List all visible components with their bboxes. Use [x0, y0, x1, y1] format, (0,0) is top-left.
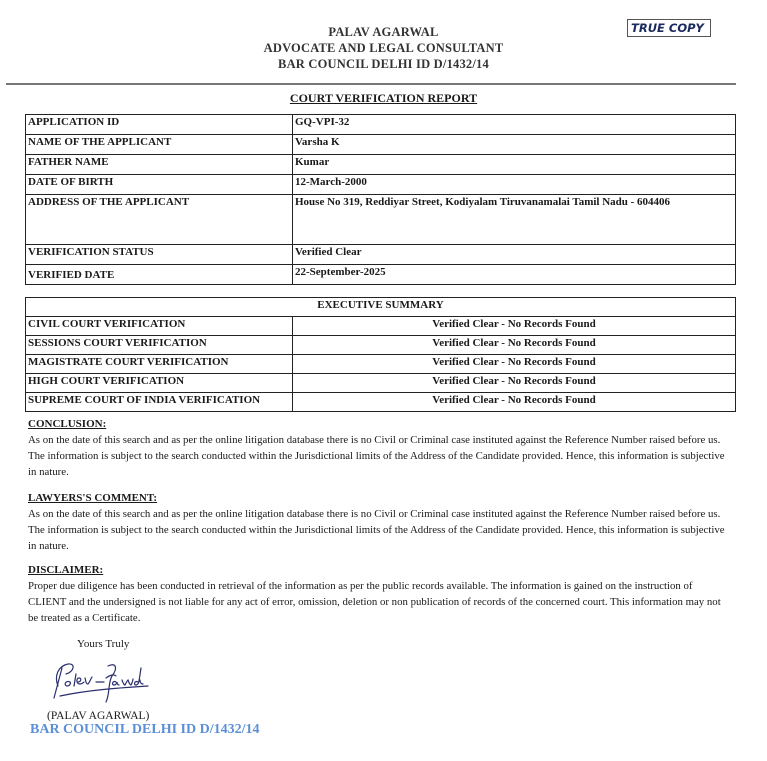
- applicant-details-table: APPLICATION IDGQ-VPI-32 NAME OF THE APPL…: [25, 114, 736, 285]
- row-label: DATE OF BIRTH: [26, 175, 293, 195]
- executive-summary-table: EXECUTIVE SUMMARY CIVIL COURT VERIFICATI…: [25, 297, 736, 412]
- row-label: SESSIONS COURT VERIFICATION: [26, 336, 293, 355]
- disclaimer-heading: DISCLAIMER:: [28, 562, 728, 578]
- signatory-name: (PALAV AGARWAL): [47, 710, 149, 722]
- conclusion-section: CONCLUSION: As on the date of this searc…: [28, 416, 728, 480]
- row-label: ADDRESS OF THE APPLICANT: [26, 195, 293, 245]
- table-header-row: EXECUTIVE SUMMARY: [26, 298, 736, 317]
- row-label: MAGISTRATE COURT VERIFICATION: [26, 355, 293, 374]
- row-value: Verified Clear: [293, 245, 736, 265]
- table-row: SUPREME COURT OF INDIA VERIFICATIONVerif…: [26, 393, 736, 412]
- row-value: GQ-VPI-32: [293, 115, 736, 135]
- signature-icon: [48, 656, 158, 709]
- row-value: Verified Clear - No Records Found: [293, 336, 736, 355]
- lawyers-comment-heading: LAWYERS'S COMMENT:: [28, 490, 728, 506]
- letterhead-designation: ADVOCATE AND LEGAL CONSULTANT: [0, 40, 767, 56]
- row-value: House No 319, Reddiyar Street, Kodiyalam…: [293, 195, 736, 245]
- report-title: COURT VERIFICATION REPORT: [0, 91, 767, 106]
- conclusion-text: As on the date of this search and as per…: [28, 432, 728, 480]
- row-value: Verified Clear - No Records Found: [293, 393, 736, 412]
- table-row: HIGH COURT VERIFICATIONVerified Clear - …: [26, 374, 736, 393]
- table-row: CIVIL COURT VERIFICATIONVerified Clear -…: [26, 317, 736, 336]
- closing-text: Yours Truly: [77, 638, 129, 650]
- table-row: VERIFICATION STATUSVerified Clear: [26, 245, 736, 265]
- true-copy-stamp: TRUE COPY: [627, 19, 711, 37]
- disclaimer-section: DISCLAIMER: Proper due diligence has bee…: [28, 562, 728, 626]
- row-label: APPLICATION ID: [26, 115, 293, 135]
- row-label: SUPREME COURT OF INDIA VERIFICATION: [26, 393, 293, 412]
- row-label: VERIFIED DATE: [26, 265, 293, 285]
- table-row: VERIFIED DATE22-September-2025: [26, 265, 736, 285]
- signatory-bar-id: BAR COUNCIL DELHI ID D/1432/14: [30, 722, 259, 738]
- row-label: VERIFICATION STATUS: [26, 245, 293, 265]
- row-value: 22-September-2025: [293, 265, 736, 285]
- row-value: Verified Clear - No Records Found: [293, 374, 736, 393]
- conclusion-heading: CONCLUSION:: [28, 416, 728, 432]
- table-row: NAME OF THE APPLICANTVarsha K: [26, 135, 736, 155]
- row-label: FATHER NAME: [26, 155, 293, 175]
- row-value: 12-March-2000: [293, 175, 736, 195]
- row-label: HIGH COURT VERIFICATION: [26, 374, 293, 393]
- row-value: Verified Clear - No Records Found: [293, 317, 736, 336]
- table-row: APPLICATION IDGQ-VPI-32: [26, 115, 736, 135]
- table-row: ADDRESS OF THE APPLICANTHouse No 319, Re…: [26, 195, 736, 245]
- row-value: Verified Clear - No Records Found: [293, 355, 736, 374]
- disclaimer-text: Proper due diligence has been conducted …: [28, 578, 728, 626]
- table-row: DATE OF BIRTH12-March-2000: [26, 175, 736, 195]
- row-label: CIVIL COURT VERIFICATION: [26, 317, 293, 336]
- lawyers-comment-section: LAWYERS'S COMMENT: As on the date of thi…: [28, 490, 728, 554]
- header-divider: [6, 83, 736, 85]
- table-row: SESSIONS COURT VERIFICATIONVerified Clea…: [26, 336, 736, 355]
- table-row: FATHER NAMEKumar: [26, 155, 736, 175]
- row-value: Kumar: [293, 155, 736, 175]
- executive-summary-heading: EXECUTIVE SUMMARY: [26, 298, 736, 317]
- lawyers-comment-text: As on the date of this search and as per…: [28, 506, 728, 554]
- letterhead-bar-id: BAR COUNCIL DELHI ID D/1432/14: [0, 56, 767, 72]
- row-value: Varsha K: [293, 135, 736, 155]
- row-label: NAME OF THE APPLICANT: [26, 135, 293, 155]
- table-row: MAGISTRATE COURT VERIFICATIONVerified Cl…: [26, 355, 736, 374]
